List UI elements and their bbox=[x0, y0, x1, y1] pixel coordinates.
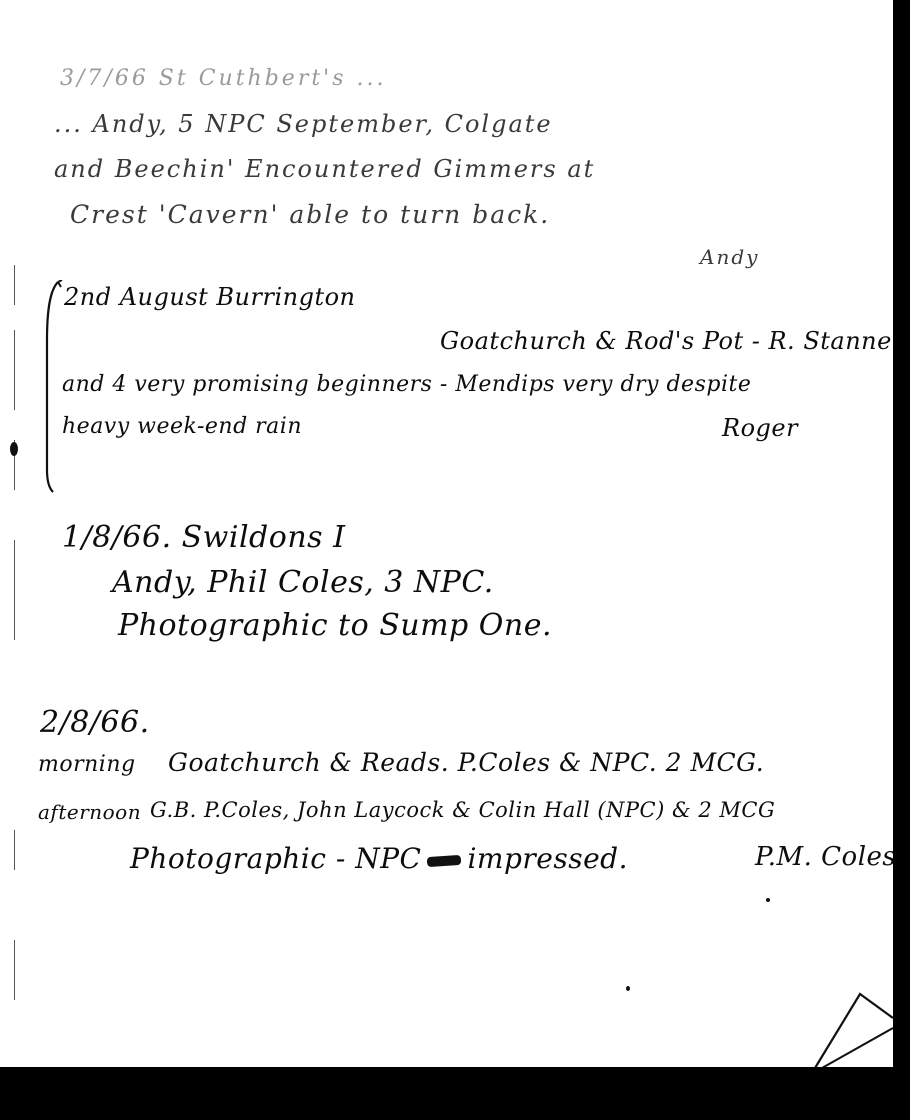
margin-mark bbox=[14, 540, 15, 640]
scan-border-right bbox=[893, 0, 910, 1120]
photographic-note-post: impressed. bbox=[467, 842, 628, 875]
swildons-note: Photographic to Sump One. bbox=[118, 608, 552, 643]
scan-border-bottom bbox=[0, 1067, 910, 1120]
burrington-heading: 2nd August Burrington bbox=[64, 283, 356, 311]
struck-out-word bbox=[427, 854, 462, 866]
faded-entry-line-2: ... Andy, 5 NPC September, Colgate bbox=[54, 110, 553, 138]
afternoon-label: afternoon bbox=[38, 800, 141, 824]
margin-mark bbox=[14, 330, 15, 410]
margin-mark bbox=[14, 940, 15, 1000]
speck bbox=[626, 986, 630, 991]
ink-blot bbox=[10, 442, 18, 456]
faded-entry-line-4: Crest 'Cavern' able to turn back. bbox=[70, 200, 550, 229]
goatchurch-signature: P.M. Coles bbox=[755, 842, 896, 872]
margin-mark bbox=[14, 830, 15, 870]
folded-corner-icon bbox=[812, 990, 893, 1070]
faded-entry-line-1: 3/7/66 St Cuthbert's ... bbox=[60, 66, 387, 91]
faded-entry-line-3: and Beechin' Encountered Gimmers at bbox=[54, 155, 595, 183]
faded-entry-signature: Andy bbox=[700, 245, 759, 269]
photographic-note-pre: Photographic - NPC bbox=[130, 842, 421, 875]
logbook-page: 3/7/66 St Cuthbert's ... ... Andy, 5 NPC… bbox=[0, 0, 893, 1075]
goatchurch-date: 2/8/66. bbox=[40, 705, 150, 740]
morning-label: morning bbox=[38, 752, 136, 777]
morning-text: Goatchurch & Reads. P.Coles & NPC. 2 MCG… bbox=[168, 748, 764, 777]
photographic-note: Photographic - NPCimpressed. bbox=[130, 842, 628, 875]
margin-mark bbox=[14, 265, 15, 305]
burrington-line-2: Goatchurch & Rod's Pot - R. Stanner] bbox=[440, 327, 910, 355]
burrington-line-4: heavy week-end rain bbox=[62, 414, 302, 439]
bracket-icon bbox=[44, 280, 64, 495]
swildons-heading: 1/8/66. Swildons I bbox=[62, 520, 345, 555]
burrington-line-3: and 4 very promising beginners - Mendips… bbox=[62, 372, 751, 397]
swildons-party: Andy, Phil Coles, 3 NPC. bbox=[112, 565, 494, 600]
burrington-signature: Roger bbox=[722, 414, 798, 442]
afternoon-text: G.B. P.Coles, John Laycock & Colin Hall … bbox=[150, 798, 775, 822]
speck bbox=[766, 898, 770, 902]
